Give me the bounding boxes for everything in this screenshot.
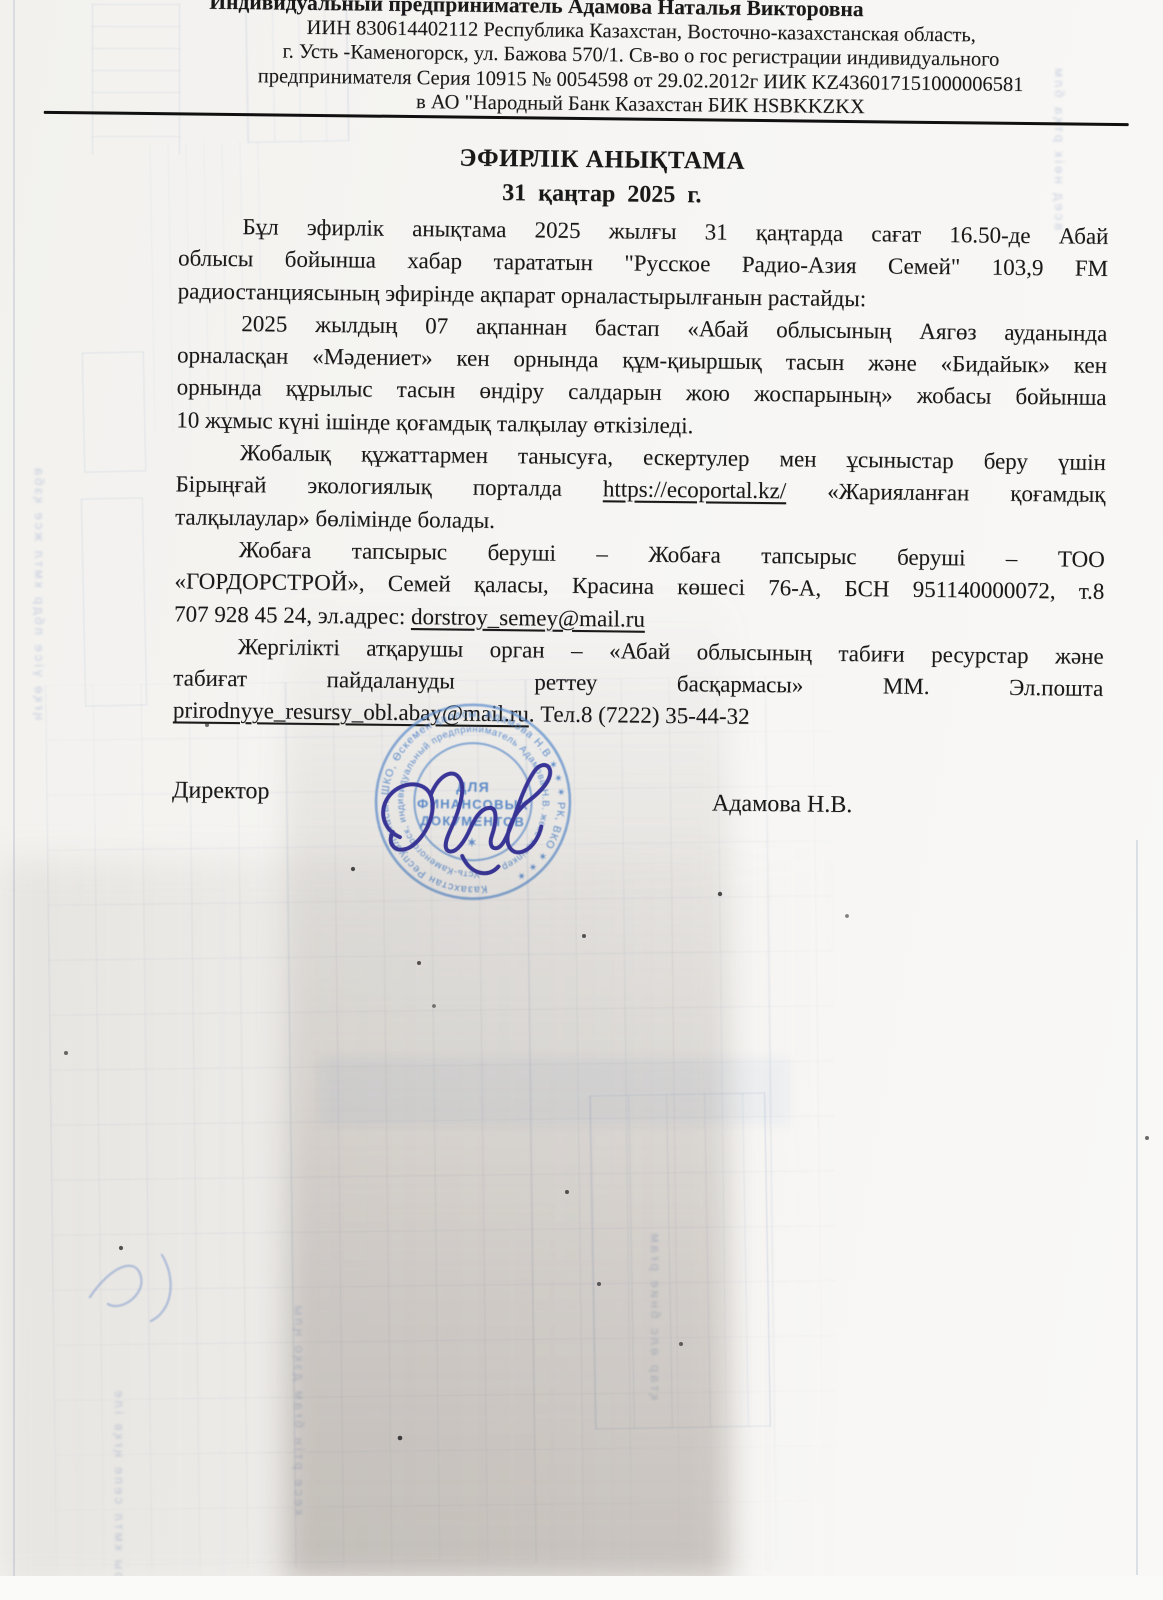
scanned-document-page: ңғқө үісе пбдр кмтл жсе қзба бдры кмтл с…: [0, 0, 1163, 1600]
text-run: талқылаулар» бөлімінде болады.: [175, 504, 495, 533]
text-run: Жергілікті атқарушы орган – «Абай облысы…: [238, 634, 1104, 669]
paragraph: 2025 жылдың 07 ақпаннан бастап «Абай обл…: [176, 307, 1107, 447]
dust-speckles: [0, 0, 2, 2]
underlined-link-text: dorstroy_semey@mail.ru: [411, 604, 645, 632]
text-run: Жобаға тапсырыс беруші – Жобаға тапсырыс…: [239, 537, 1105, 572]
text-run: 10 жұмыс күні ішінде қоғамдық талқылау ө…: [176, 407, 693, 438]
document-title-block: ЭФИРЛІК АНЫҚТАМА 31 қаңтар 2025 г.: [137, 141, 1068, 214]
document-title: ЭФИРЛІК АНЫҚТАМА: [137, 141, 1067, 180]
text-run: Бірыңғай экологиялық порталда: [175, 472, 603, 502]
director-label: Директор: [172, 777, 270, 805]
document-body: Бұл эфирлік анықтама 2025 жылғы 31 қаңта…: [173, 210, 1109, 737]
signer-name: Адамова Н.В.: [712, 790, 853, 819]
text-run: Бұл эфирлік анықтама 2025 жылғы 31 қаңта…: [242, 214, 1108, 249]
paragraph: Бұл эфирлік анықтама 2025 жылғы 31 қаңта…: [178, 210, 1109, 317]
document-date: 31 қаңтар 2025 г.: [137, 176, 1067, 214]
text-run: «ГОРДОРСТРОЙ», Семей қаласы, Красина көш…: [174, 569, 1104, 605]
text-run: 2025 жылдың 07 ақпаннан бастап «Абай обл…: [241, 311, 1107, 346]
underlined-link-text: https://ecoportal.kz/: [603, 477, 787, 504]
paragraph: Жобаға тапсырыс беруші – Жобаға тапсырыс…: [174, 533, 1105, 640]
text-run: Жобалық құжаттармен танысуға, ескертулер…: [240, 440, 1106, 475]
paragraph: Жобалық құжаттармен танысуға, ескертулер…: [175, 436, 1106, 543]
paragraph: Жергілікті атқарушы орган – «Абай облысы…: [173, 630, 1104, 737]
text-run: «Жарияланған қоғамдық: [786, 479, 1106, 508]
letterhead: Индивидуальный предприниматель Адамова Н…: [158, 0, 1124, 123]
text-run: радиостанциясының эфирінде ақпарат орнал…: [178, 278, 867, 311]
scanner-bed-strip: [0, 1576, 1163, 1600]
text-run: 707 928 45 24, эл.адрес:: [174, 601, 411, 629]
text-run: облысы бойынша хабар тарататын "Русское …: [178, 246, 1108, 282]
handwritten-signature: [365, 734, 589, 899]
